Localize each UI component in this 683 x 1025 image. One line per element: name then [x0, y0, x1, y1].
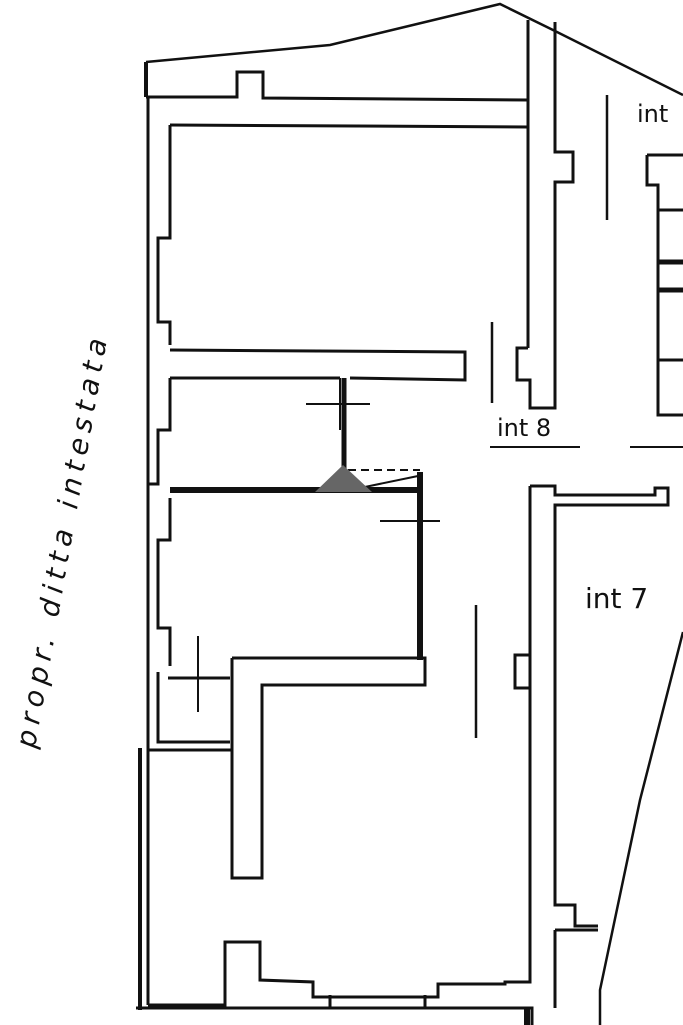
floor-plan-drawing — [0, 0, 683, 1025]
spine-wall-right — [517, 22, 573, 408]
l-wall — [232, 658, 425, 878]
unit-label-int8: int 8 — [497, 414, 551, 442]
roof-outline — [146, 4, 683, 95]
unit-label-top-right: int — [637, 100, 668, 128]
boundary-diagonal — [600, 632, 683, 1025]
top-wall-outer — [146, 20, 528, 100]
top-wall-inner — [170, 125, 528, 127]
right-wall — [530, 486, 668, 926]
section-mark — [168, 378, 440, 712]
bottom-wall-inner — [148, 486, 530, 1005]
corridor-wall-top — [170, 350, 465, 380]
left-wall-inner — [158, 125, 170, 345]
bottom-wall-outer — [136, 1008, 532, 1025]
unit-label-int7: int 7 — [585, 582, 648, 615]
